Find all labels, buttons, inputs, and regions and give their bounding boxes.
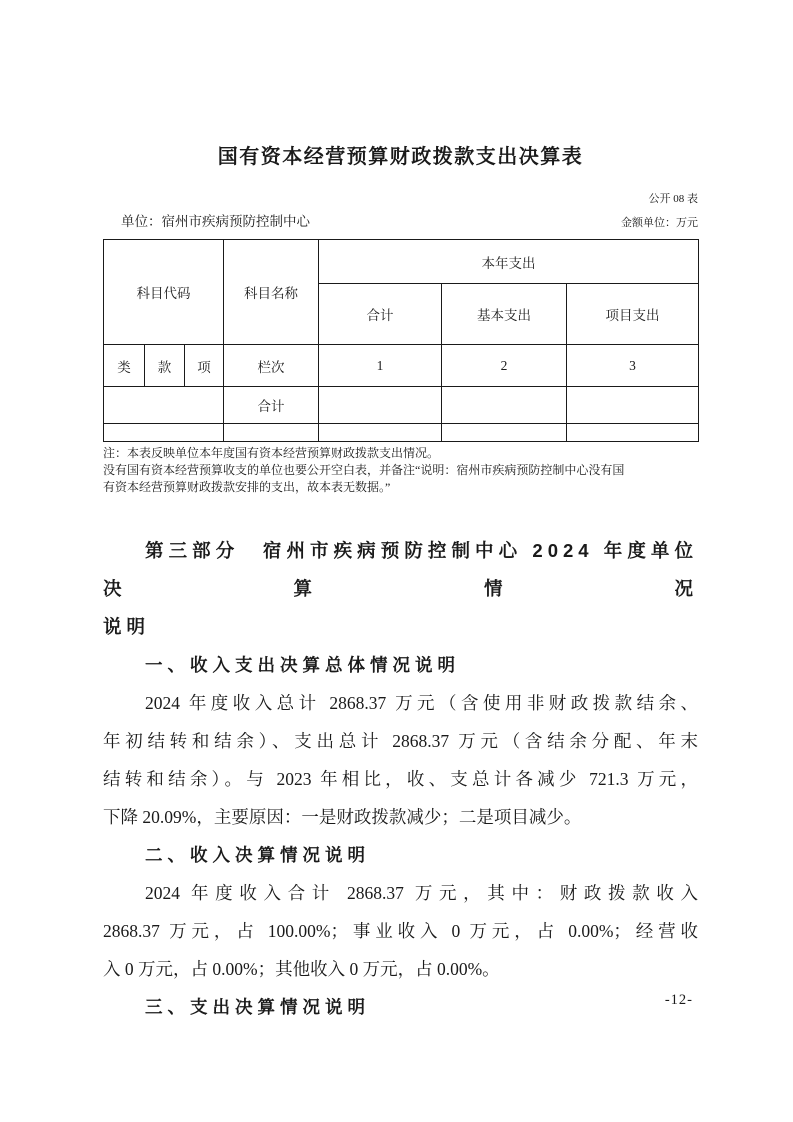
paragraph-line: 下降 20.09%，主要原因：一是财政拨款减少；二是项目减少。: [103, 798, 698, 836]
row-project-cell: [567, 424, 699, 442]
amount-unit: 金额单位：万元: [621, 216, 698, 230]
column-index-1: 1: [319, 345, 442, 387]
column-index-2: 2: [442, 345, 567, 387]
note-line: 没有国有资本经营预算收支的单位也要公开空白表，并备注“说明：宿州市疾病预防控制中…: [103, 462, 698, 479]
header-basic-expenditure: 基本支出: [442, 284, 567, 345]
paragraph-line: 入 0 万元，占 0.00%；其他收入 0 万元，占 0.00%。: [103, 950, 698, 988]
row-basic-cell: [442, 387, 567, 424]
code-col-lei: 类: [104, 345, 145, 387]
note-line: 注：本表反映单位本年度国有资本经营预算财政拨款支出情况。: [103, 445, 698, 462]
header-total: 合计: [319, 284, 442, 345]
document-page: 国有资本经营预算财政拨款支出决算表 公开 08 表 单位：宿州市疾病预防控制中心…: [0, 0, 793, 1122]
paragraph-line: 2024 年度收入总计 2868.37 万元（含使用非财政拨款结余、: [103, 684, 698, 722]
column-index-label: 栏次: [224, 345, 319, 387]
note-line: 有资本经营预算财政拨款安排的支出，故本表无数据。”: [103, 479, 698, 496]
header-current-year-expenditure: 本年支出: [319, 240, 699, 284]
header-subject-name: 科目名称: [224, 240, 319, 345]
paragraph-line: 2868.37 万元，占 100.00%；事业收入 0 万元，占 0.00%；经…: [103, 912, 698, 950]
section3-heading: 三、支出决算情况说明: [103, 988, 698, 1026]
column-index-3: 3: [567, 345, 699, 387]
paragraph-line: 2024 年度收入合计 2868.37 万元，其中：财政拨款收入: [103, 874, 698, 912]
row-name-cell: [224, 424, 319, 442]
header-subject-code: 科目代码: [104, 240, 224, 345]
row-code-cell: [104, 424, 224, 442]
public-table-badge: 公开 08 表: [103, 193, 698, 206]
row-code-cell: [104, 387, 224, 424]
unit-name: 单位：宿州市疾病预防控制中心: [103, 214, 310, 230]
table-row: [104, 424, 699, 442]
row-total-cell: [319, 424, 442, 442]
code-col-kuan: 款: [145, 345, 185, 387]
table-row: 合计: [104, 387, 699, 424]
row-project-cell: [567, 387, 699, 424]
expenditure-table: 科目代码 科目名称 本年支出 合计 基本支出 项目支出 类 款 项 栏次 1 2…: [103, 239, 699, 442]
section1-heading: 一、收入支出决算总体情况说明: [103, 646, 698, 684]
page-title: 国有资本经营预算财政拨款支出决算表: [103, 146, 698, 169]
paragraph-line: 年初结转和结余）、支出总计 2868.37 万元（含结余分配、年末: [103, 722, 698, 760]
header-project-expenditure: 项目支出: [567, 284, 699, 345]
code-col-xiang: 项: [185, 345, 224, 387]
section2-heading: 二、收入决算情况说明: [103, 836, 698, 874]
paragraph-line: 结转和结余）。与 2023 年相比，收、支总计各减少 721.3 万元，: [103, 760, 698, 798]
page-number: -12-: [665, 992, 693, 1009]
row-total-cell: [319, 387, 442, 424]
row-basic-cell: [442, 424, 567, 442]
table-meta-row: 单位：宿州市疾病预防控制中心 金额单位：万元: [103, 214, 698, 230]
page-content: 国有资本经营预算财政拨款支出决算表 公开 08 表 单位：宿州市疾病预防控制中心…: [103, 0, 698, 1026]
row-name-cell: 合计: [224, 387, 319, 424]
part3-heading-line2: 说明: [103, 608, 698, 646]
table-notes: 注：本表反映单位本年度国有资本经营预算财政拨款支出情况。 没有国有资本经营预算收…: [103, 445, 698, 496]
part3-heading-line1: 第三部分 宿州市疾病预防控制中心 2024 年度单位决算情况: [103, 532, 698, 608]
